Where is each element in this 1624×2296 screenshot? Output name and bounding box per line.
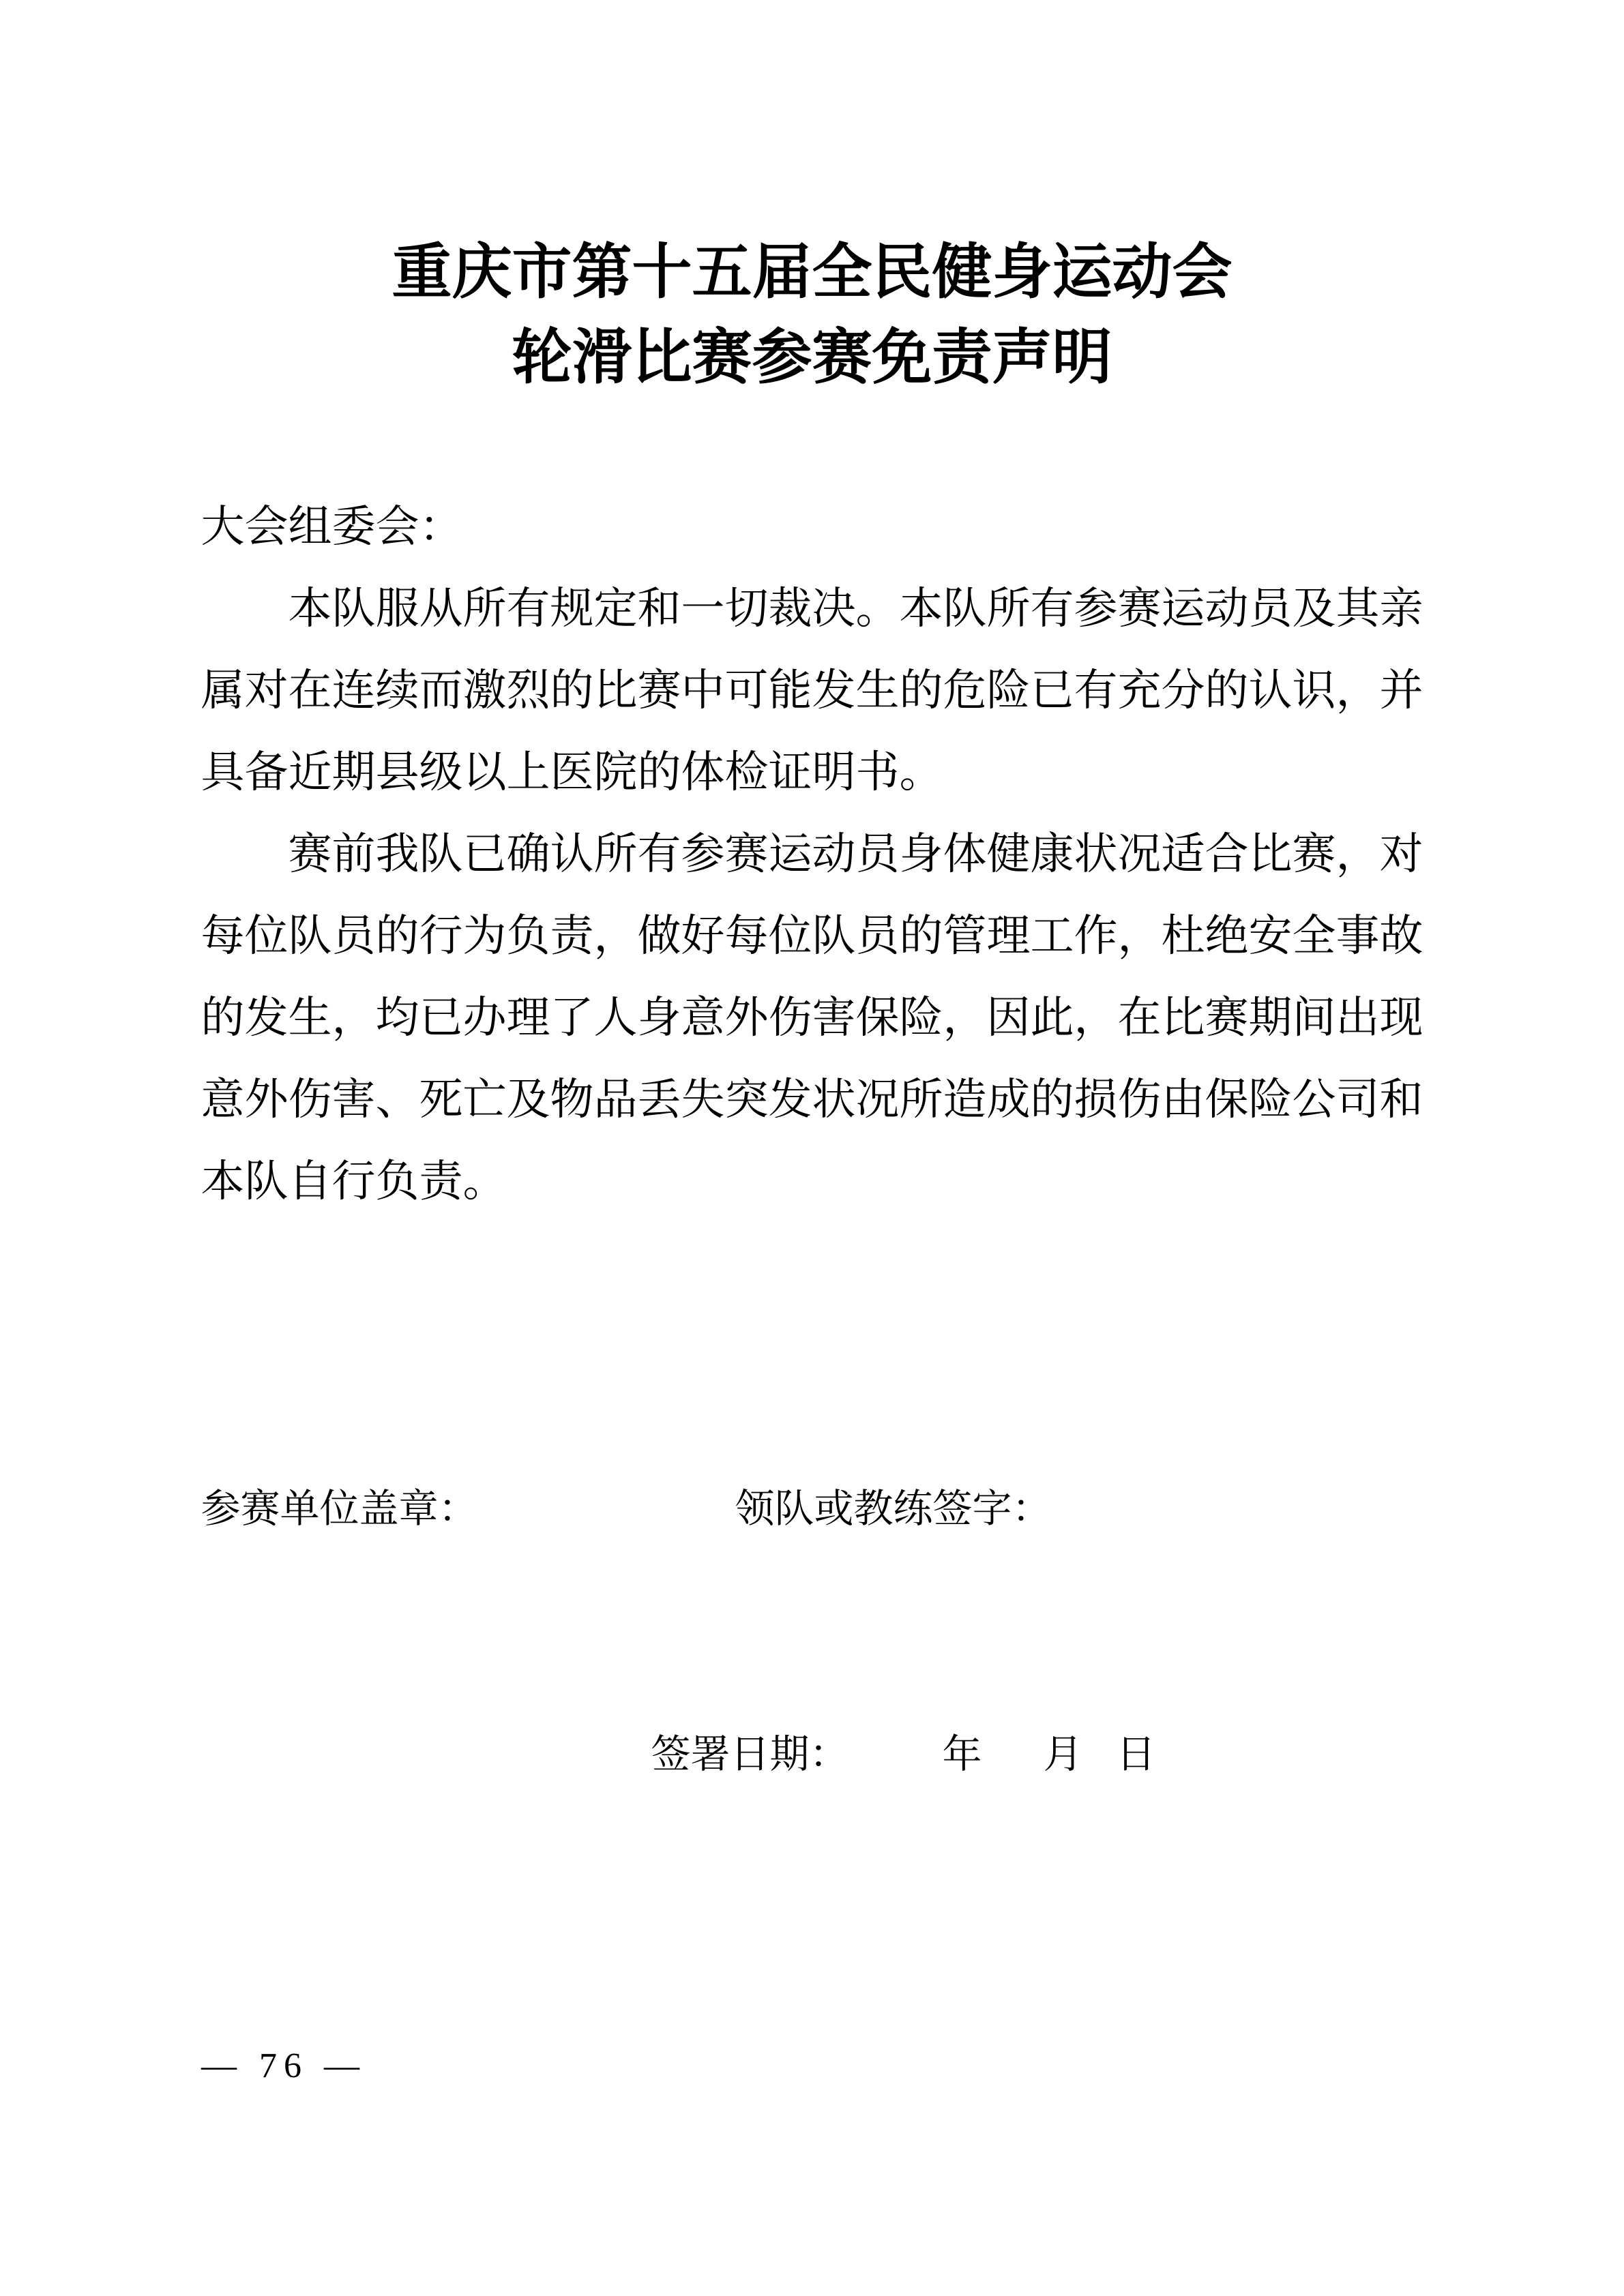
signature-row: 参赛单位盖章： 领队或教练签字： [201,1468,1423,1550]
body-line: 具备近期县级以上医院的体检证明书。 [201,732,1423,814]
month-label: 月 [1044,1714,1083,1795]
body-line: 每位队员的行为负责，做好每位队员的管理工作，杜绝安全事故 [201,895,1423,977]
unit-seal-label: 参赛单位盖章： [201,1468,478,1550]
year-label: 年 [943,1714,982,1795]
body-line: 本队服从所有规定和一切裁决。本队所有参赛运动员及其亲 [201,568,1423,650]
body-line: 赛前我队已确认所有参赛运动员身体健康状况适合比赛，对 [201,814,1423,895]
document-body: 大会组委会： 本队服从所有规定和一切裁决。本队所有参赛运动员及其亲 属对在连续而… [201,486,1423,1795]
document-title-line-1: 重庆市第十五届全民健身运动会 [201,230,1423,316]
body-line: 意外伤害、死亡及物品丢失突发状况所造成的损伤由保险公司和 [201,1059,1423,1141]
signing-date-row: 签署日期： 年 月 日 [201,1714,1423,1795]
body-line: 本队自行负责。 [201,1141,1423,1223]
body-line: 属对在连续而激烈的比赛中可能发生的危险已有充分的认识，并 [201,650,1423,732]
page-number: — 76 — [201,2046,366,2087]
salutation-line: 大会组委会： [201,486,1423,568]
leader-or-coach-signature-label: 领队或教练签字： [735,1468,1052,1550]
document-title: 重庆市第十五届全民健身运动会 轮滑比赛参赛免责声明 [201,0,1423,401]
day-label: 日 [1117,1714,1156,1795]
document-page: 重庆市第十五届全民健身运动会 轮滑比赛参赛免责声明 大会组委会： 本队服从所有规… [0,0,1624,2296]
body-line: 的发生，均已办理了人身意外伤害保险，因此，在比赛期间出现 [201,977,1423,1059]
document-title-line-2: 轮滑比赛参赛免责声明 [201,316,1423,401]
signing-date-label: 签署日期： [651,1714,849,1795]
